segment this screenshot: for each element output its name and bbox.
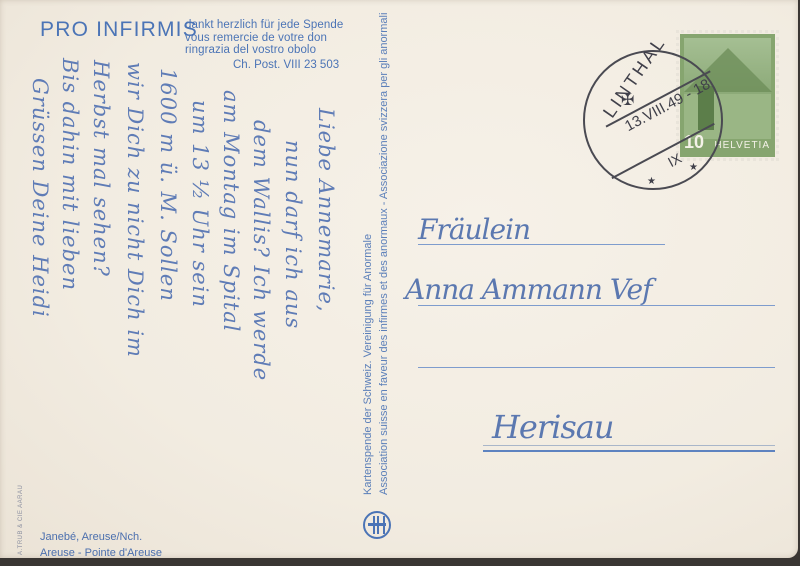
message-line: dem Wallis? Ich werde bbox=[249, 120, 273, 381]
thanks-line-it: ringrazia del vostro obolo bbox=[185, 44, 343, 57]
message-line: Herbst mal sehen? bbox=[89, 60, 113, 277]
message-line: Bis dahin mit lieben bbox=[58, 58, 82, 291]
star-icon: ★ bbox=[689, 162, 698, 173]
address-line-2 bbox=[418, 305, 775, 306]
message-line: Grüssen Deine Heidi bbox=[28, 78, 52, 318]
organization-title: PRO INFIRMIS bbox=[40, 18, 198, 42]
message-line: nun darf ich aus bbox=[281, 140, 305, 329]
postcard: PRO INFIRMIS dankt herzlich für jede Spe… bbox=[0, 0, 798, 558]
address-line-3 bbox=[418, 367, 775, 368]
address-line-4-thick bbox=[483, 450, 775, 452]
pro-infirmis-emblem-icon bbox=[363, 511, 391, 539]
address-line-1 bbox=[418, 244, 665, 245]
message-line: um 13 ½ Uhr sein bbox=[188, 100, 212, 308]
stamp-country: HELVETIA bbox=[714, 140, 770, 151]
swiss-cross-icon: ✠ bbox=[621, 90, 634, 110]
photo-location: Areuse - Pointe d'Areuse bbox=[40, 545, 162, 561]
thanks-line-fr: vous remercie de votre don bbox=[185, 32, 343, 45]
address-salutation: Fräulein bbox=[418, 213, 530, 246]
divider-text-fr-it: Association suisse en faveur des infirme… bbox=[378, 13, 390, 495]
publisher-line: Janebé, Areuse/Nch. bbox=[40, 529, 162, 545]
postmark-code: IX bbox=[665, 150, 684, 170]
message-line: am Montag im Spital bbox=[219, 90, 243, 332]
star-icon: ★ bbox=[647, 176, 656, 187]
thanks-line-de: dankt herzlich für jede Spende bbox=[185, 19, 343, 32]
address-name: Anna Ammann Vef bbox=[405, 273, 651, 306]
postmark: LINTHAL ✠ 13.VIII.49 - 18 IX ★ ★ bbox=[583, 50, 723, 190]
message-line: wir Dich zu nicht Dich im bbox=[123, 62, 147, 358]
message-line: 1600 m ü. M. Sollen bbox=[156, 68, 180, 302]
postal-check-number: Ch. Post. VIII 23 503 bbox=[233, 59, 339, 71]
address-city: Herisau bbox=[492, 408, 613, 446]
address-line-4-thin bbox=[483, 445, 775, 446]
publisher-info: Janebé, Areuse/Nch. Areuse - Pointe d'Ar… bbox=[40, 529, 162, 561]
thanks-text: dankt herzlich für jede Spende vous reme… bbox=[185, 19, 343, 57]
divider-text-de: Kartenspende der Schweiz. Vereinigung fü… bbox=[362, 234, 374, 495]
message-line: Liebe Annemarie, bbox=[314, 108, 338, 313]
printer-imprint: A.TRUB & CIE AARAU bbox=[18, 485, 24, 555]
